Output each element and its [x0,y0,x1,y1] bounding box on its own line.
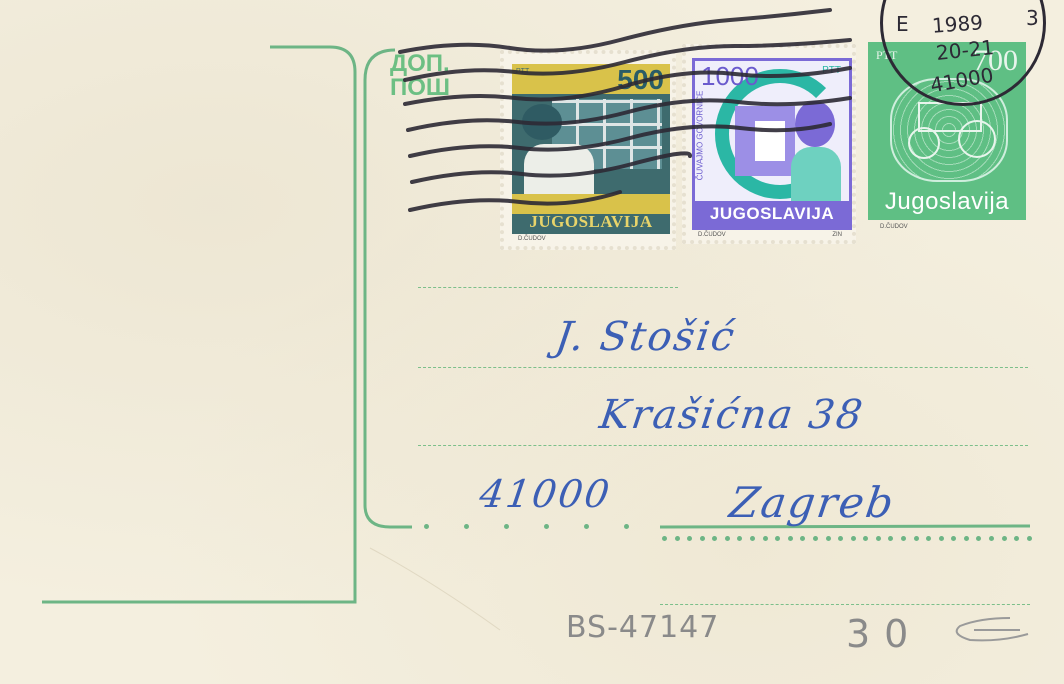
recipient-postal-code: 41000 [477,472,614,516]
address-line-5 [660,604,1030,605]
stamp-1000-designer: D.ČUDOV [698,232,726,238]
address-line-1 [418,287,678,288]
recipient-name: J. Stošić [553,314,739,360]
postmark-letter: E [896,12,909,36]
stamp-700-designer: D.ČUDOV [880,224,908,230]
postal-code-dots [424,524,629,529]
postmark-edge-digit: 3 [1026,6,1039,30]
city-dots [662,536,1032,541]
recipient-street: Krašićna 38 [597,392,867,438]
address-line-3 [418,445,1028,446]
arrow-left-icon [940,612,1030,652]
address-line-2 [418,367,1028,368]
stamp-700-country: Jugoslavija [868,188,1026,216]
postmark-year: 1989 [931,10,983,37]
cancellation-wavy-lines [390,0,870,220]
price-note: 30 [846,612,922,656]
catalog-number-note: BS-47147 [566,610,719,645]
recipient-city: Zagreb [727,478,899,527]
stamp-1000-printer: ZIN [832,232,842,238]
stamp-500-designer: D.ČUDOV [518,236,546,242]
